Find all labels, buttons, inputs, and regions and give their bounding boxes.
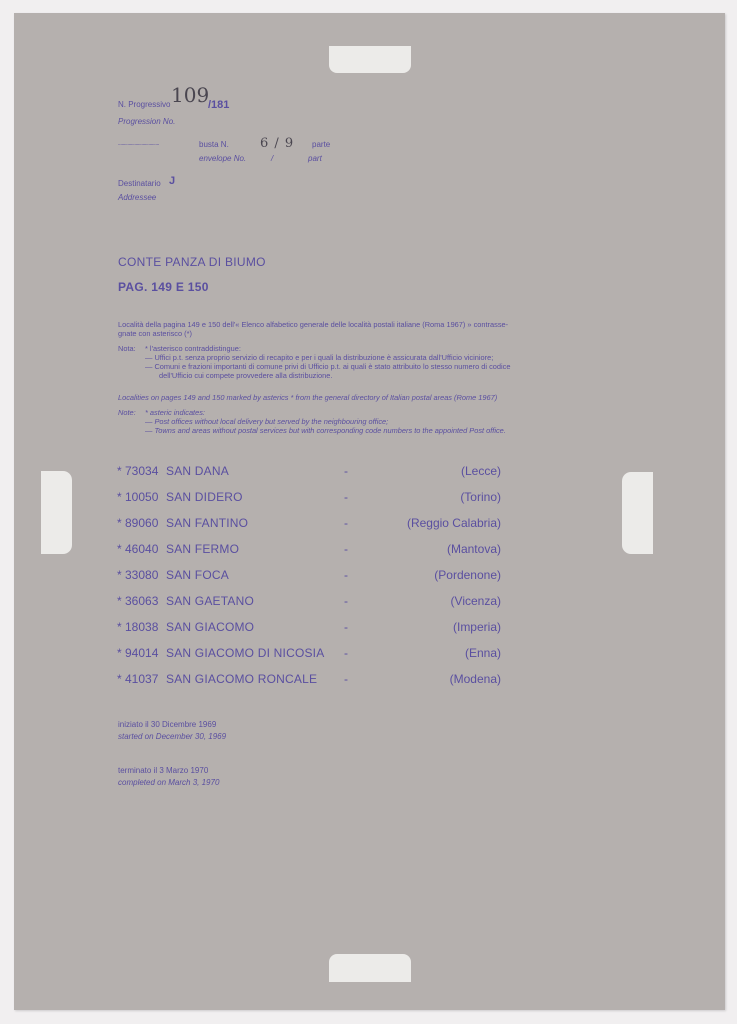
punched-tab-right [622,472,653,554]
locality-name: SAN GAETANO [166,594,254,608]
italian-nota-item: — Comuni e frazioni importanti di comune… [145,362,510,371]
province: (Pordenone) [434,568,501,582]
list-item: * 73034 SAN DANA - (Lecce) [117,464,517,490]
list-item: * 36063 SAN GAETANO - (Vicenza) [117,594,517,620]
italian-nota-label: Nota: [118,344,136,353]
province: (Modena) [450,672,501,686]
english-note-head: * asteric indicates: [145,408,205,417]
envelope-slash: / [271,154,273,163]
italian-nota-head: * l'asterisco contraddistingue: [145,344,241,353]
progressivo-value: 109 [171,83,209,107]
completed-english: completed on March 3, 1970 [118,778,219,787]
started-english: started on December 30, 1969 [118,732,226,741]
postal-code: * 41037 [117,672,158,686]
province: (Torino) [460,490,501,504]
punched-tab-bottom [329,954,411,982]
blank-line: ................................... [118,141,159,147]
separator: - [344,594,348,608]
province: (Lecce) [461,464,501,478]
list-item: * 18038 SAN GIACOMO - (Imperia) [117,620,517,646]
separator: - [344,620,348,634]
italian-intro-line1: Località della pagina 149 e 150 dell'« E… [118,320,508,329]
postal-code: * 73034 [117,464,158,478]
busta-label: busta N. [199,140,229,149]
started-italian: iniziato il 30 Dicembre 1969 [118,720,216,729]
collection-title: CONTE PANZA DI BIUMO [118,255,266,269]
postal-code: * 33080 [117,568,158,582]
postal-code: * 18038 [117,620,158,634]
postal-code: * 10050 [117,490,158,504]
destinatario-value: J [169,175,175,187]
italian-nota-item: dell'Ufficio cui compete provvedere alla… [159,371,332,380]
page-reference: PAG. 149 E 150 [118,280,209,294]
postal-code: * 94014 [117,646,158,660]
busta-value: 6 / 9 [260,136,294,151]
separator: - [344,490,348,504]
english-note-label: Note: [118,408,136,417]
separator: - [344,464,348,478]
document-sheet: N. Progressivo 109 /181 Progression No. … [14,13,725,1010]
envelope-label: envelope No. [199,154,246,163]
list-item: * 10050 SAN DIDERO - (Torino) [117,490,517,516]
list-item: * 41037 SAN GIACOMO RONCALE - (Modena) [117,672,517,698]
postal-code: * 89060 [117,516,158,530]
postal-code: * 36063 [117,594,158,608]
progressivo-label: N. Progressivo [118,100,170,109]
locality-name: SAN DIDERO [166,490,243,504]
separator: - [344,646,348,660]
separator: - [344,516,348,530]
italian-nota-item: — Uffici p.t. senza proprio servizio di … [145,353,493,362]
separator: - [344,542,348,556]
locality-name: SAN GIACOMO [166,620,254,634]
english-note-item: — Post offices without local delivery bu… [145,417,388,426]
parte-label: parte [312,140,330,149]
locality-name: SAN DANA [166,464,229,478]
locality-name: SAN GIACOMO DI NICOSIA [166,646,324,660]
list-item: * 33080 SAN FOCA - (Pordenone) [117,568,517,594]
destinatario-label: Destinatario [118,179,161,188]
separator: - [344,568,348,582]
punched-tab-left [41,471,72,554]
list-item: * 89060 SAN FANTINO - (Reggio Calabria) [117,516,517,542]
province: (Mantova) [447,542,501,556]
locality-name: SAN FERMO [166,542,239,556]
province: (Reggio Calabria) [407,516,501,530]
localities-list: * 73034 SAN DANA - (Lecce) * 10050 SAN D… [117,464,517,698]
postal-code: * 46040 [117,542,158,556]
locality-name: SAN FANTINO [166,516,248,530]
addressee-label: Addressee [118,193,156,202]
progression-label: Progression No. [118,117,175,126]
province: (Imperia) [453,620,501,634]
province: (Enna) [465,646,501,660]
punched-tab-top [329,46,411,73]
completed-italian: terminato il 3 Marzo 1970 [118,766,208,775]
province: (Vicenza) [451,594,501,608]
list-item: * 94014 SAN GIACOMO DI NICOSIA - (Enna) [117,646,517,672]
english-note-item: — Towns and areas without postal service… [145,426,506,435]
progressivo-total: /181 [208,99,229,111]
italian-intro-line2: gnate con asterisco (*) [118,329,192,338]
list-item: * 46040 SAN FERMO - (Mantova) [117,542,517,568]
english-intro: Localities on pages 149 and 150 marked b… [118,393,497,402]
locality-name: SAN FOCA [166,568,229,582]
locality-name: SAN GIACOMO RONCALE [166,672,317,686]
part-label: part [308,154,322,163]
separator: - [344,672,348,686]
